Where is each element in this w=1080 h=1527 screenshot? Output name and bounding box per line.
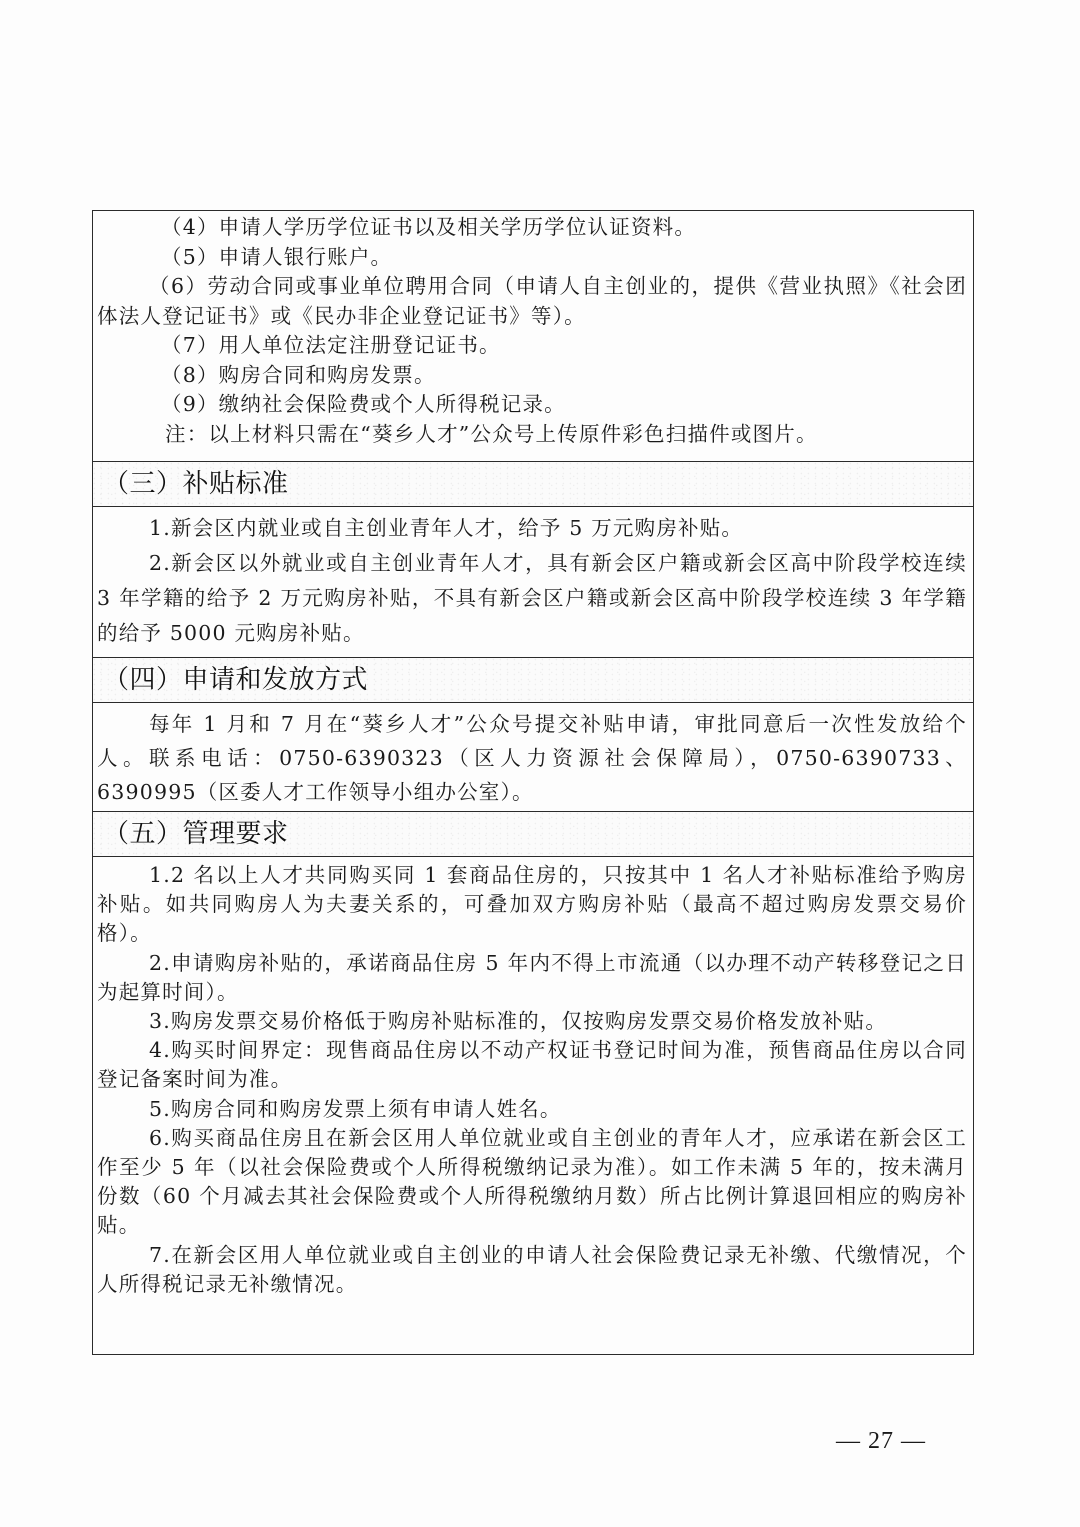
- materials-note: 注：以上材料只需在“葵乡人才”公众号上传原件彩色扫描件或图片。: [93, 420, 973, 450]
- section-body-subsidy-standard: 1.新会区内就业或自主创业青年人才，给予 5 万元购房补贴。 2.新会区以外就业…: [93, 507, 973, 658]
- policy-table: （4）申请人学历学位证书以及相关学历学位认证资料。 （5）申请人银行账户。 （6…: [92, 210, 974, 1355]
- section-body-application-method: 每年 1 月和 7 月在“葵乡人才”公众号提交补贴申请，审批同意后一次性发放给个…: [93, 703, 973, 812]
- page-number: — 27 —: [836, 1428, 926, 1455]
- section-header-subsidy-standard: （三）补贴标准: [93, 462, 973, 507]
- paragraph: 7.在新会区用人单位就业或自主创业的申请人社会保险费记录无补缴、代缴情况，个人所…: [93, 1241, 973, 1299]
- paragraph: 1.新会区内就业或自主创业青年人才，给予 5 万元购房补贴。: [93, 511, 973, 546]
- section-title: （五）管理要求: [103, 816, 289, 852]
- section-header-application-method: （四）申请和发放方式: [93, 658, 973, 703]
- section-header-management-requirements: （五）管理要求: [93, 812, 973, 857]
- material-item-6: （6）劳动合同或事业单位聘用合同（申请人自主创业的，提供《营业执照》《社会团体法…: [93, 272, 973, 331]
- section-body-management-requirements: 1.2 名以上人才共同购买同 1 套商品住房的，只按其中 1 名人才补贴标准给予…: [93, 857, 973, 1354]
- document-page: （4）申请人学历学位证书以及相关学历学位认证资料。 （5）申请人银行账户。 （6…: [0, 0, 1080, 1527]
- paragraph: 每年 1 月和 7 月在“葵乡人才”公众号提交补贴申请，审批同意后一次性发放给个…: [93, 707, 973, 809]
- paragraph: 5.购房合同和购房发票上须有申请人姓名。: [93, 1095, 973, 1124]
- section-title: （四）申请和发放方式: [103, 662, 368, 698]
- paragraph: 2.新会区以外就业或自主创业青年人才，具有新会区户籍或新会区高中阶段学校连续 3…: [93, 546, 973, 651]
- material-item-5: （5）申请人银行账户。: [93, 243, 973, 273]
- section-title: （三）补贴标准: [103, 466, 289, 502]
- material-item-7: （7）用人单位法定注册登记证书。: [93, 331, 973, 361]
- material-item-4: （4）申请人学历学位证书以及相关学历学位认证资料。: [93, 213, 973, 243]
- materials-row: （4）申请人学历学位证书以及相关学历学位认证资料。 （5）申请人银行账户。 （6…: [93, 211, 973, 462]
- paragraph: 3.购房发票交易价格低于购房补贴标准的，仅按购房发票交易价格发放补贴。: [93, 1007, 973, 1036]
- material-item-9: （9）缴纳社会保险费或个人所得税记录。: [93, 390, 973, 420]
- material-item-8: （8）购房合同和购房发票。: [93, 361, 973, 391]
- paragraph: 4.购买时间界定：现售商品住房以不动产权证书登记时间为准，预售商品住房以合同登记…: [93, 1036, 973, 1094]
- paragraph: 6.购买商品住房且在新会区用人单位就业或自主创业的青年人才，应承诺在新会区工作至…: [93, 1124, 973, 1241]
- paragraph: 1.2 名以上人才共同购买同 1 套商品住房的，只按其中 1 名人才补贴标准给予…: [93, 861, 973, 949]
- paragraph: 2.申请购房补贴的，承诺商品住房 5 年内不得上市流通（以办理不动产转移登记之日…: [93, 949, 973, 1007]
